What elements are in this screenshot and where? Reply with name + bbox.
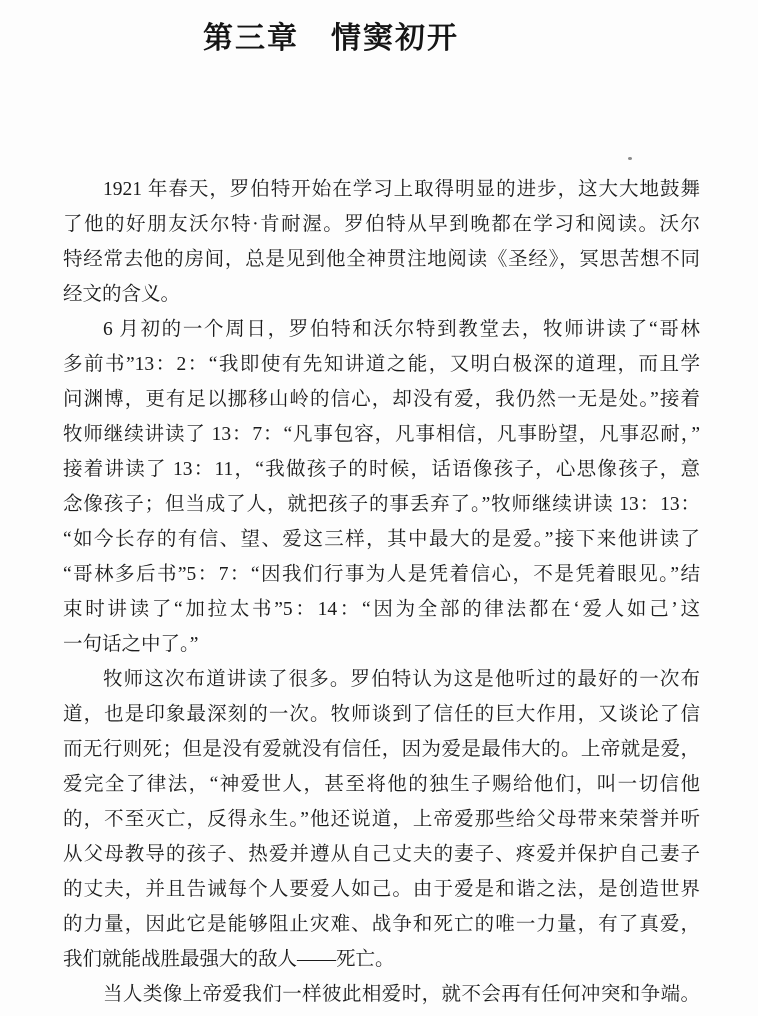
- chapter-title: 第三章 情窦初开: [203, 18, 459, 60]
- text-line: 的力量，因此它是能够阻止灾难、战争和死亡的唯一力量，有了真爱，: [63, 907, 700, 942]
- text-line: 当人类像上帝爱我们一样彼此相爱时，就不会再有任何冲突和争端。: [63, 977, 700, 1012]
- text-line: 了他的好朋友沃尔特·肯耐渥。罗伯特从早到晚都在学习和阅读。沃尔: [63, 207, 700, 242]
- text-line: 6 月初的一个周日，罗伯特和沃尔特到教堂去，牧师讲读了“哥林: [63, 312, 700, 347]
- text-line: 问渊博，更有足以挪移山岭的信心，却没有爱，我仍然一无是处。”接着: [63, 382, 700, 417]
- text-line: 多前书”13：2：“我即使有先知讲道之能，又明白极深的道理，而且学: [63, 347, 700, 382]
- text-line: 牧师这次布道讲读了很多。罗伯特认为这是他听过的最好的一次布: [63, 662, 700, 697]
- text-line: 而无行则死；但是没有爱就没有信任，因为爱是最伟大的。上帝就是爱，: [63, 732, 700, 767]
- book-page: 第三章 情窦初开 1921 年春天，罗伯特开始在学习上取得明显的进步，这大大地鼓…: [0, 0, 758, 1016]
- text-block: 1921 年春天，罗伯特开始在学习上取得明显的进步，这大大地鼓舞了他的好朋友沃尔…: [63, 172, 700, 1012]
- text-line: 道，也是印象最深刻的一次。牧师谈到了信任的巨大作用，又谈论了信: [63, 697, 700, 732]
- text-line: 爱完全了律法，“神爱世人，甚至将他的独生子赐给他们，叫一切信他: [63, 767, 700, 802]
- text-line: 一句话之中了。”: [63, 627, 700, 662]
- text-line: 特经常去他的房间，总是见到他全神贯注地阅读《圣经》，冥思苦想不同: [63, 242, 700, 277]
- text-line: 的丈夫，并且告诫每个人要爱人如己。由于爱是和谐之法，是创造世界: [63, 872, 700, 907]
- text-line: 1921 年春天，罗伯特开始在学习上取得明显的进步，这大大地鼓舞: [63, 172, 700, 207]
- text-line: “如今长存的有信、望、爱这三样，其中最大的是爱。”接下来他讲读了: [63, 522, 700, 557]
- text-line: 经文的含义。: [63, 277, 700, 312]
- text-line: “哥林多后书”5：7：“因我们行事为人是凭着信心，不是凭着眼见。”结: [63, 557, 700, 592]
- text-line: 牧师继续讲读了 13：7：“凡事包容，凡事相信，凡事盼望，凡事忍耐，”: [63, 417, 700, 452]
- text-line: 的，不至灭亡，反得永生。”他还说道，上帝爱那些给父母带来荣誉并听: [63, 802, 700, 837]
- scan-speck: [628, 157, 632, 160]
- text-line: 念像孩子；但当成了人，就把孩子的事丢弃了。”牧师继续讲读 13：13：: [63, 487, 700, 522]
- text-line: 我们就能战胜最强大的敌人——死亡。: [63, 942, 700, 977]
- title-row: 第三章 情窦初开: [0, 18, 758, 60]
- text-line: 从父母教导的孩子、热爱并遵从自己丈夫的妻子、疼爱并保护自己妻子: [63, 837, 700, 872]
- text-line: 接着讲读了 13：11，“我做孩子的时候，话语像孩子，心思像孩子，意: [63, 452, 700, 487]
- text-line: 束时讲读了“加拉太书”5：14：“因为全部的律法都在‘爱人如己’这: [63, 592, 700, 627]
